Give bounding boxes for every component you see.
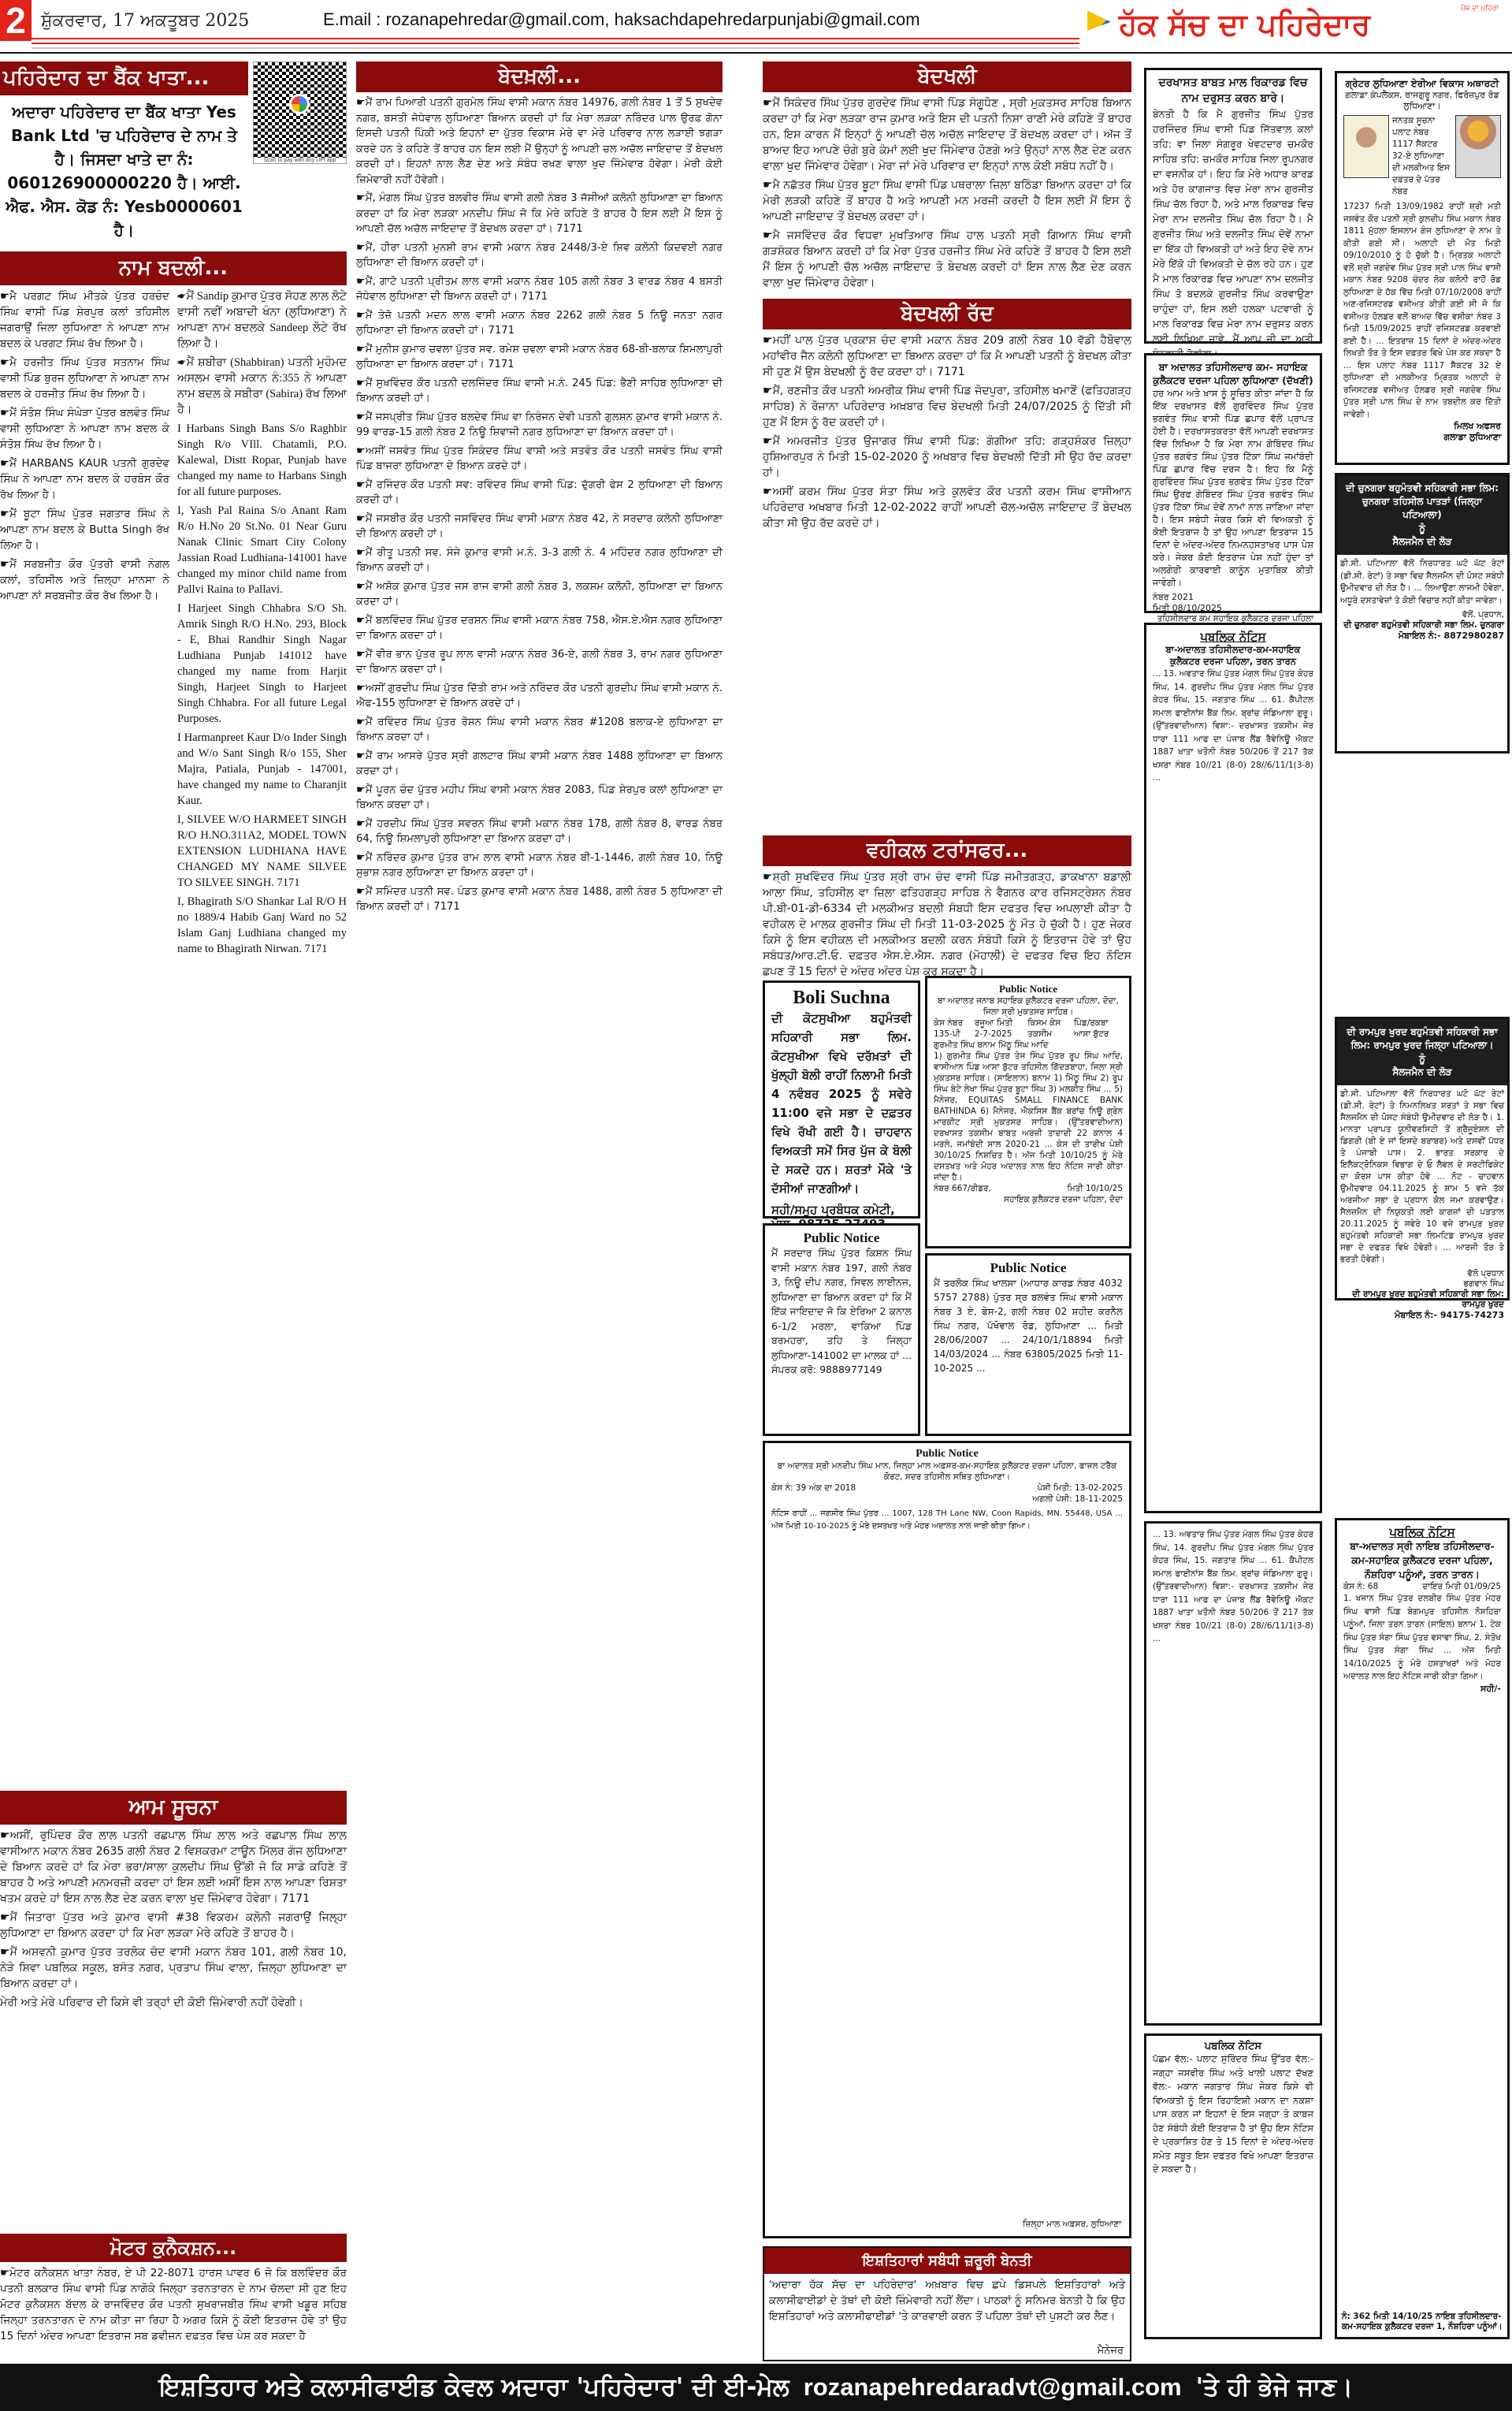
notice-number: ਨੰਬਰ 667/ਰੀਡਰ, — [934, 1183, 991, 1194]
table-cell: ਤਕਸੀਮ — [1027, 1029, 1074, 1040]
chungara-org: ਦੀ ਚੁਨਗਰਾ ਬਹੁਮੰਤਵੀ ਸਹਿਕਾਰੀ ਸਭਾ ਲਿਮ. ਚੁਨਗ… — [1337, 620, 1507, 631]
public-notice-body: ਮੈਂ ਸਰਦਾਰ ਸਿੰਘ ਪੁੱਤਰ ਕਿਸ਼ਨ ਸਿੰਘ ਵਾਸੀ ਮਕਾ… — [771, 1246, 912, 1378]
table-row: 135-ਪੀ 2-7-2025 ਤਕਸੀਮ ਆਸਾ ਬੁੱਟਰ — [934, 1029, 1123, 1040]
notice-item: ਮੈਂ ਪੂਰਨ ਚੰਦ ਪੁੱਤਰ ਮਹੀਪ ਸਿੰਘ ਵਾਸੀ ਮਕਾਨ ਨ… — [356, 783, 723, 813]
notice-item: ਮੈਂ ਮੁਨੀਸ਼ ਕੁਮਾਰ ਚਵਲਾ ਪੁੱਤਰ ਸਵ. ਰਮੇਸ਼ ਚਵ… — [356, 342, 723, 373]
footer-banner: ਇਸ਼ਤਿਹਾਰ ਅਤੇ ਕਲਾਸੀਫਾਈਡ ਕੇਵਲ ਅਦਾਰਾ 'ਪਹਿਰੇ… — [0, 2364, 1512, 2411]
notice-date: ਮਿਤੀ 08/10/2025 — [1153, 603, 1313, 614]
public-notice-title: ਪਬਲਿਕ ਨੋਟਿਸ — [1153, 630, 1313, 644]
chungara-phone[interactable]: ਮੋਬਾਇਲ ਨੰ:- 8872980287 — [1337, 631, 1507, 642]
public-notice-sardar-ad: Public Notice ਮੈਂ ਸਰਦਾਰ ਸਿੰਘ ਪੁੱਤਰ ਕਿਸ਼ਨ… — [763, 1223, 920, 1436]
masthead-rule — [32, 43, 1079, 44]
notice-item: ਮੈਂ ਸ਼ਬੀਰਾ (Shabbiran) ਪਤਨੀ ਮੁਹੰਮਦ ਅਸਲਮ … — [177, 355, 347, 418]
section-vehicle-transfer: ਵਹੀਕਲ ਟਰਾਂਸਫਰ... — [763, 835, 1131, 866]
rampur-by: ਵੱਲੋ ਪ੍ਰਧਾਨ — [1337, 1269, 1507, 1279]
masthead-rule — [32, 38, 1079, 39]
notice-item: ਮੈਂ ਅਮਰਜੀਤ ਪੁੱਤਰ ਉਜਾਗਰ ਸਿੰਘ ਵਾਸੀ ਪਿੰਡ: ਗ… — [763, 433, 1131, 481]
logo-text: ਹੱਕ ਸੱਚ ਦਾ ਪਹਿਰੇਦਾਰ — [1119, 7, 1370, 43]
advert-disclaimer-block: ਇਸ਼ਤਿਹਾਰਾਂ ਸਬੰਧੀ ਜ਼ਰੂਰੀ ਬੇਨਤੀ 'ਅਦਾਰਾ ਹੱਕ… — [763, 2246, 1131, 2361]
notice-item: I Harbans Singh Bans S/o Raghbir Singh R… — [177, 421, 347, 500]
notice-item: ਅਸੀਂ, ਰੁਪਿੰਦਰ ਕੌਰ ਲਾਲ ਪਤਨੀ ਰਛਪਾਲ ਸਿੰਘ ਲਾ… — [0, 1828, 347, 1907]
glada-signature-1: ਮਿਲਖ ਅਫਸਰ — [1343, 421, 1501, 432]
notice-item: ਮੈਂ ਜਸਬੀਰ ਕੌਰ ਪਤਨੀ ਜਸਵਿੰਦਰ ਸਿੰਘ ਵਾਸੀ ਮਕਾ… — [356, 512, 723, 542]
masthead-email[interactable]: E.mail : rozanapehredar@gmail.com, haksa… — [323, 9, 920, 30]
issue-date: ਸ਼ੁੱਕਰਵਾਰ, 17 ਅਕਤੂਬਰ 2025 — [41, 11, 249, 31]
column-3: ਬੇਦਖਲੀ ਮੈਂ ਸਿਕੰਦਰ ਸਿੰਘ ਪੁੱਤਰ ਗੁਰਦੇਵ ਸਿੰਘ… — [763, 61, 1131, 534]
notice-item: ਮੈਂ ਰਾਮ ਆਸਰੇ ਪੁੱਤਰ ਸ੍ਰੀ ਗਲਟਾਰ ਸਿੰਘ ਵਾਸੀ … — [356, 749, 723, 779]
public-notice-body: ਨੋਟਿਸ ਰਾਹੀਂ ... ਜਗਸੀਰ ਸਿੰਘ ਪੁੱਤਰ ... 100… — [771, 1508, 1123, 1533]
public-notice-body: ਮੈਂ ਤਰਲੋਕ ਸਿੰਘ ਖਾਲਸਾ (ਆਧਾਰ ਕਾਰਡ ਨੰਬਰ 403… — [934, 1276, 1123, 1375]
filed-date: ਦਾਇਰ ਮਿਤੀ 01/09/25 — [1422, 1582, 1501, 1592]
application-body: ਬੇਨਤੀ ਹੈ ਕਿ ਮੈ ਗੁਰਜੀਤ ਸਿੰਘ ਪੁੱਤਰ ਹਰਜਿੰਦਰ… — [1153, 106, 1313, 361]
disinheritance-2-body: ਮੈਂ ਸਿਕੰਦਰ ਸਿੰਘ ਪੁੱਤਰ ਗੁਰਦੇਵ ਸਿੰਘ ਵਾਸੀ ਪ… — [763, 92, 1131, 291]
court-name: ਬਾ-ਅਦਾਲਤ ਸ੍ਰੀ ਨਾਇਬ ਤਹਿਸੀਲਦਾਰ-ਕਮ-ਸਹਾਇਕ ਕੁ… — [1343, 1539, 1501, 1582]
masthead-rule — [32, 47, 1079, 49]
notice-item: ਮੈਂ ਸਿਕੰਦਰ ਸਿੰਘ ਪੁੱਤਰ ਗੁਰਦੇਵ ਸਿੰਘ ਵਾਸੀ ਪ… — [763, 95, 1131, 174]
notice-signature: ਸਹਾਇਕ ਕੁਲੈਕਟਰ ਦਰਜਾ ਪਹਿਲਾ, ਦੋਦਾ — [934, 1194, 1123, 1205]
motor-connection-body: ਮੋਟਰ ਕਨੈਕਸ਼ਨ ਖਾਤਾ ਨੰਬਰ, ਏ ਪੀ 22-8071 ਹਾਰ… — [0, 2262, 347, 2344]
public-notice-pb-1: ਪਬਲਿਕ ਨੋਟਿਸ ਬਾ-ਅਦਾਲਤ ਤਹਿਸੀਲਦਾਰ-ਕਮ-ਸਹਾਇਕ … — [1144, 623, 1322, 1513]
public-notice-title: Public Notice — [934, 1260, 1123, 1276]
chungara-title: ਦੀ ਚੁਨਗਰਾ ਬਹੁਮੰਤਵੀ ਸਹਿਕਾਰੀ ਸਭਾ ਲਿਮ: ਚੁਨਗ… — [1343, 482, 1501, 522]
footer-email-link[interactable]: rozanapehredaradvt@gmail.com — [804, 2373, 1182, 2402]
notice-item: ਮੈਂ ਸਮਿੰਦਰ ਪਤਨੀ ਸਵ. ਪੰਡਤ ਕੁਮਾਰ ਵਾਸੀ ਮਕਾਨ… — [356, 884, 723, 915]
notice-item: ਮੈਂ ਹਰਦੀਪ ਸਿੰਘ ਪੁੱਤਰ ਸਵਰਨ ਸਿੰਘ ਵਾਸੀ ਮਕਾਨ… — [356, 817, 723, 847]
page-number: 2 — [0, 0, 32, 41]
case-parties: ਗੁਰਮੀਤ ਸਿੰਘ ਬਨਾਮ ਮਿੱਠੂ ਸਿੰਘ ਆਦਿ — [934, 1040, 1123, 1051]
section-name-change: ਨਾਮ ਬਦਲੀ... — [0, 251, 347, 285]
disinheritance-cancelled-body: ਮਹੀਂ ਪਾਲ ਪੁੱਤਰ ਪ੍ਰਕਾਸ਼ ਚੰਦ ਵਾਸੀ ਮਕਾਨ ਨੰਬ… — [763, 329, 1131, 531]
application-title: ਦਰਖਾਸਤ ਬਾਬਤ ਮਾਲ ਰਿਕਾਰਡ ਵਿਚ ਨਾਮ ਦਰੁਸਤ ਕਰਨ… — [1153, 75, 1313, 106]
public-notice-pb-3: ਪਬਲਿਕ ਨੋਟਿਸ ਪੱਛਮ ਵੱਲ:- ਪਲਾਟ ਸੁਰਿੰਦਰ ਸਿੰਘ… — [1144, 2033, 1322, 2339]
table-cell: 2-7-2025 — [975, 1029, 1027, 1040]
notice-item: ਮੈਂ, ਗਾਟੋ ਪਤਨੀ ਪ੍ਰੀਤਮ ਲਾਲ ਵਾਸੀ ਮਕਾਨ ਨੰਬਰ… — [356, 274, 723, 305]
public-notice-body: ... 13. ਅਵਤਾਰ ਸਿੰਘ ਪੁੱਤਰ ਮੰਗਲ ਸਿੰਘ ਪੁੱਤਰ… — [1153, 1528, 1313, 1646]
public-notice-long-ad: Public Notice ਬਾ ਅਦਾਲਤ ਸ੍ਰੀ ਮਨਦੀਪ ਸਿੰਘ ਮ… — [763, 1441, 1131, 2238]
chungara-to: ਨੂੰ — [1343, 522, 1501, 535]
notice-item: ਮੈਂ ਅਸ਼ੋਕ ਕੁਮਾਰ ਪੁੱਤਰ ਜਸ ਰਾਜ ਵਾਸੀ ਗਲੀ ਨੰ… — [356, 579, 723, 610]
footer-suffix: 'ਤੇ ਹੀ ਭੇਜੇ ਜਾਣ। — [1196, 2373, 1354, 2402]
notice-item: ਮੈਂ ਸੁਖਵਿੰਦਰ ਕੌਰ ਪਤਨੀ ਦਲਜਿੰਦਰ ਸਿੰਘ ਵਾਸੀ … — [356, 376, 723, 407]
header-divider — [0, 52, 1512, 54]
notice-item: ਮੈਂ, ਰਣਜੀਤ ਕੌਰ ਪਤਨੀ ਅਮਰੀਕ ਸਿੰਘ ਵਾਸੀ ਪਿੰਡ… — [763, 383, 1131, 430]
next-hearing-date: ਅਗਲੀ ਪੇਸ਼ੀ: 18-11-2025 — [771, 1494, 1123, 1505]
notice-item: ਮੈਂ ਸੰਤੋਸ਼ ਸਿੰਘ ਸੰਘੇੜਾ ਪੁੱਤਰ ਬਲਵੰਤ ਸਿੰਘ … — [0, 405, 169, 452]
table-cell: ਆਸਾ ਬੁੱਟਰ — [1074, 1029, 1123, 1040]
notice-signature: ਜ਼ਿਲ੍ਹਾ ਮਾਲ ਅਫ਼ਸਰ, ਲੁਧਿਆਣਾ — [1023, 2219, 1121, 2230]
notice-item: ਮਹੀਂ ਪਾਲ ਪੁੱਤਰ ਪ੍ਰਕਾਸ਼ ਚੰਦ ਵਾਸੀ ਮਕਾਨ ਨੰਬ… — [763, 333, 1131, 380]
public-notice-title: ਪਬਲਿਕ ਨੋਟਿਸ — [1343, 1525, 1501, 1539]
glada-body: 17237 ਮਿਤੀ 13/09/1982 ਰਾਹੀਂ ਸ਼੍ਰੀ ਮਤੀ ਜਸ… — [1343, 201, 1501, 421]
tehsildar-notice-body: ਹਰ ਆਮ ਅਤੇ ਖ਼ਾਸ ਨੂੰ ਸੂਚਿਤ ਕੀਤਾ ਜਾਂਦਾ ਹੈ ਕ… — [1153, 387, 1313, 589]
rampur-org: ਦੀ ਰਾਮਪੁਰ ਖੁਰਦ ਬਹੁਮੰਤਵੀ ਸਹਿਕਾਰੀ ਸਭਾ ਲਿਮ:… — [1337, 1289, 1507, 1310]
motor-connection-block: ਮੋਟਰ ਕੁਨੈਕਸ਼ਨ... ਮੋਟਰ ਕਨੈਕਸ਼ਨ ਖਾਤਾ ਨੰਬਰ,… — [0, 2234, 347, 2344]
glada-title: ਗ੍ਰੇਟਰ ਲੁਧਿਆਣਾ ਏਰੀਆ ਵਿਕਾਸ ਅਥਾਰਟੀ — [1343, 78, 1501, 90]
tehsildar-notice: ਬਾ ਅਦਾਲਤ ਤਹਿਸੀਲਦਾਰ ਕਮ- ਸਹਾਇਕ ਕੁਲੈਕਟਰ ਦਰਜ… — [1144, 353, 1322, 613]
boli-suchna-signature: ਸਹੀ/ਸਮੂਹ ਪ੍ਰਬੰਧਕ ਕਮੇਟੀ, — [771, 1203, 912, 1217]
notice-item: ਮੈਂ, ਹੀਰਾ ਪਤਨੀ ਮੁਨਸ਼ੀ ਰਾਮ ਵਾਸੀ ਮਕਾਨ ਨੰਬਰ… — [356, 240, 723, 271]
upi-qr-code[interactable]: Scan to pay with any UPI app — [253, 61, 347, 164]
notice-footer: ਨੰ: 362 ਮਿਤੀ 14/10/25 ਨਾਇਬ ਤਹਿਸੀਲਦਾਰ-ਕਮ-… — [1342, 2312, 1503, 2332]
notice-item: ਮੈਂ ਸਰਬਜੀਤ ਕੌਰ ਪੁੱਤਰੀ ਵਾਸੀ ਨੰਗਲ ਕਲਾਂ, ਤਹ… — [0, 556, 169, 604]
chungara-body: ਡੀ.ਸੀ. ਪਟਿਆਲਾ ਵੱਲੋਂ ਨਿਰਧਾਰਤ ਘਟੋ ਘੱਟ ਰੇਟਾ… — [1337, 555, 1507, 610]
notice-item: ਮੈਂ, ਮੰਗਲ ਸਿੰਘ ਪੁੱਤਰ ਬਲਵੀਰ ਸਿੰਘ ਵਾਸੀ ਗਲੀ… — [356, 191, 723, 237]
rampur-body: ਡੀ.ਸੀ. ਪਟਿਆਲਾ ਵੱਲੋਂ ਨਿਰਧਾਰਤ ਘਟੋ ਘੱਟ ਰੇਟਾ… — [1337, 1085, 1507, 1269]
public-notice-body: ... 13. ਅਵਤਾਰ ਸਿੰਘ ਪੁੱਤਰ ਮੰਗਲ ਸਿੰਘ ਪੁੱਤਰ… — [1153, 668, 1313, 785]
rampur-salesman-ad: ਦੀ ਰਾਮਪੁਰ ਖੁਰਦ ਬਹੁਮੰਤਵੀ ਸਹਿਕਾਰੀ ਸਭਾ ਲਿਮ:… — [1335, 1017, 1510, 1300]
notice-item: ਮੈਂ ਰੀਤੂ ਪਤਨੀ ਸਵ. ਸੰਜੇ ਕੁਮਾਰ ਵਾਸੀ ਮ.ਨੰ. … — [356, 545, 723, 576]
logo-tagline: ਪੰਥ ਦਾ ਪਹਿਰਾ — [1461, 5, 1499, 13]
name-change-left: ਮੈ ਪਰਗਟ ਸਿੰਘ ਮੀਤਕੇ ਪੁੱਤਰ ਹਰਚੰਦ ਸਿੰਘ ਵਾਸੀ… — [0, 288, 169, 960]
newspaper-logo: ਹੱਕ ਸੱਚ ਦਾ ਪਹਿਰੇਦਾਰ ਪੰਥ ਦਾ ਪਹਿਰਾ — [1087, 3, 1505, 47]
notice-item: ਮੈਂ ਅਸ਼ਵਨੀ ਕੁਮਾਰ ਪੁੱਤਰ ਤਰਲੋਕ ਚੰਦ ਵਾਸੀ ਮਕ… — [0, 1944, 347, 1992]
table-header: ਰਜੂਆ ਮਿਤੀ — [975, 1018, 1027, 1029]
name-correction-application: ਦਰਖਾਸਤ ਬਾਬਤ ਮਾਲ ਰਿਕਾਰਡ ਵਿਚ ਨਾਮ ਦਰੁਸਤ ਕਰਨ… — [1144, 68, 1322, 344]
public-notice-pb-1-continued: ... 13. ਅਵਤਾਰ ਸਿੰਘ ਪੁੱਤਰ ਮੰਗਲ ਸਿੰਘ ਪੁੱਤਰ… — [1144, 1521, 1322, 2026]
boli-suchna-body: ਦੀ ਕੋਟਸੁਖੀਆ ਬਹੁਮੰਤਵੀ ਸਹਿਕਾਰੀ ਸਭਾ ਲਿਮ. ਕੋ… — [771, 1009, 912, 1198]
bank-title: ਪਹਿਰੇਦਾਰ ਦਾ ਬੈਂਕ ਖਾਤਾ... — [0, 61, 248, 95]
notice-item: I, SILVEE W/O HARMEET SINGH R/O H.NO.311… — [177, 812, 347, 891]
bank-account-block: ਪਹਿਰੇਦਾਰ ਦਾ ਬੈਂਕ ਖਾਤਾ... ਅਦਾਰਾ ਪਹਿਰੇਦਾਰ … — [0, 61, 347, 247]
general-notice-body: ਅਸੀਂ, ਰੁਪਿੰਦਰ ਕੌਰ ਲਾਲ ਪਤਨੀ ਰਛਪਾਲ ਸਿੰਘ ਲਾ… — [0, 1825, 347, 2011]
notice-item: ਮੈਂ ਰਵਿੰਦਰ ਸਿੰਘ ਪੁੱਤਰ ਰੋਸ਼ਨ ਸਿੰਘ ਵਾਸੀ ਮਕ… — [356, 715, 723, 746]
notice-item: ਮੈਂ ਰਜਿੰਦਰ ਕੌਰ ਪਤਨੀ ਸਵ: ਰਵਿੰਦਰ ਸਿੰਘ ਵਾਸੀ… — [356, 478, 723, 508]
notice-signature: ਸਹੀ/- — [1343, 1684, 1501, 1695]
rampur-need: ਸੈਲਜਮੈਨ ਦੀ ਲੋੜ — [1343, 1066, 1501, 1079]
hearing-date: ਪੇਸ਼ੀ ਮਿਤੀ: 13-02-2025 — [1038, 1483, 1123, 1494]
table-cell: 135-ਪੀ — [934, 1029, 975, 1040]
boli-suchna-title: Boli Suchna — [771, 988, 912, 1009]
notice-date: ਮਿਤੀ 10/10/25 — [1067, 1183, 1123, 1194]
column-1: ਪਹਿਰੇਦਾਰ ਦਾ ਬੈਂਕ ਖਾਤਾ... ਅਦਾਰਾ ਪਹਿਰੇਦਾਰ … — [0, 61, 347, 960]
chungara-salesman-ad: ਦੀ ਚੁਨਗਰਾ ਬਹੁਮੰਤਵੀ ਸਹਿਕਾਰੀ ਸਭਾ ਲਿਮ: ਚੁਨਗ… — [1335, 473, 1510, 753]
section-disinheritance-cancelled: ਬੇਦਖਲੀ ਰੱਦ — [763, 299, 1131, 329]
rampur-title: ਦੀ ਰਾਮਪੁਰ ਖੁਰਦ ਬਹੁਮੰਤਵੀ ਸਹਿਕਾਰੀ ਸਭਾ ਲਿਮ:… — [1343, 1025, 1501, 1052]
gpay-icon — [289, 94, 310, 114]
public-notice-tarlok-ad: Public Notice ਮੈਂ ਤਰਲੋਕ ਸਿੰਘ ਖਾਲਸਾ (ਆਧਾਰ… — [925, 1253, 1131, 1436]
glada-notice: ਗ੍ਰੇਟਰ ਲੁਧਿਆਣਾ ਏਰੀਆ ਵਿਕਾਸ ਅਥਾਰਟੀ ਗਲਾਡਾ ਕ… — [1335, 71, 1510, 465]
bank-body: ਅਦਾਰਾ ਪਹਿਰੇਦਾਰ ਦਾ ਬੈਂਕ ਖਾਤਾ Yes Bank Ltd… — [0, 95, 248, 247]
glada-side-text: ਜਨਤਕ ਸੂਚਨਾ ਪਲਾਟ ਨੰਬਰ 1117 ਸੈਕਟਰ 32-ਏ ਲੁਧ… — [1392, 115, 1452, 198]
glada-signature-2: ਗਲਾਡਾ ਲੁਧਿਆਣਾ — [1343, 432, 1501, 443]
chungara-need: ਸੈਲਜਮੈਨ ਦੀ ਲੋੜ — [1343, 535, 1501, 549]
notice-item: ਮੈਂ HARBANS KAUR ਪਤਨੀ ਗੁਰਦੇਵ ਸਿੰਘ ਨੇ ਆਪਣ… — [0, 456, 169, 503]
public-notice-title: Public Notice — [771, 1230, 912, 1246]
rampur-to: ਨੂੰ — [1343, 1052, 1501, 1066]
public-notice-title: Public Notice — [934, 983, 1123, 995]
notice-item: I, Bhagirath S/O Shankar Lal R/O H no 18… — [177, 894, 347, 957]
notice-item: ਮੈਂ ਜਸਪ੍ਰੀਤ ਸਿੰਘ ਪੁੱਤਰ ਬਲਦੇਵ ਸਿੰਘ ਵਾ ਨਿਰ… — [356, 410, 723, 441]
photo-woman — [1343, 115, 1389, 178]
column-2: ਬੇਦਖ਼ਲੀ... ਮੈਂ ਰਾਮ ਪਿਆਰੀ ਪਤਨੀ ਗੁਰਮੇਲ ਸਿੰ… — [356, 61, 723, 918]
table-header: ਪਿੰਡ/ਰਕਬਾ — [1074, 1018, 1123, 1029]
chungara-by: ਵੱਲੋਂ. ਪ੍ਰਧਾਨ, — [1337, 610, 1507, 620]
public-notice-title: Public Notice — [771, 1448, 1123, 1460]
notice-item: I Harmanpreet Kaur D/o Inder Singh and W… — [177, 730, 347, 809]
case-number: ਕੇਸ ਨੰ: 39 ਅੰਕ ਦਾ 2018 — [771, 1483, 856, 1494]
disinheritance-body: ਮੈਂ ਰਾਮ ਪਿਆਰੀ ਪਤਨੀ ਗੁਰਮੇਲ ਸਿੰਘ ਵਾਸੀ ਮਕਾਨ… — [356, 92, 723, 915]
notice-item: ਮੈਂ ਰਾਮ ਪਿਆਰੀ ਪਤਨੀ ਗੁਰਮੇਲ ਸਿੰਘ ਵਾਸੀ ਮਕਾਨ… — [356, 95, 723, 188]
public-notice-title: ਪਬਲਿਕ ਨੋਟਿਸ — [1153, 2041, 1313, 2052]
general-notice-block: ਆਮ ਸੂਚਨਾ ਅਸੀਂ, ਰੁਪਿੰਦਰ ਕੌਰ ਲਾਲ ਪਤਨੀ ਰਛਪਾ… — [0, 1791, 347, 2014]
notice-item: ਮੈਂ ਬਲਵਿੰਦਰ ਸਿੰਘ ਪੁੱਤਰ ਦਰਸ਼ਨ ਸਿੰਘ ਵਾਸੀ ਮ… — [356, 613, 723, 644]
notice-item: ਮੈਂ ਵੀਰ ਭਾਨ ਪੁੱਤਰ ਰੂਪ ਲਾਲ ਵਾਸੀ ਮਕਾਨ ਨੰਬਰ… — [356, 647, 723, 678]
tehsildar-notice-title: ਬਾ ਅਦਾਲਤ ਤਹਿਸੀਲਦਾਰ ਕਮ- ਸਹਾਇਕ ਕੁਲੈਕਟਰ ਦਰਜ… — [1153, 360, 1313, 387]
rampur-phone[interactable]: ਮੋਬਾਇਲ ਨੰ:- 94175-74273 — [1337, 1310, 1507, 1321]
notice-item: ਮੈ ਨਛੱਤਰ ਸਿੰਘ ਪੁੱਤਰ ਬੂਟਾ ਸਿੰਘ ਵਾਸੀ ਪਿੰਡ … — [763, 177, 1131, 225]
notice-item: I Harjeet Singh Chhabra S/O Sh. Amrik Si… — [177, 601, 347, 727]
table-header: ਕੇਸ ਨੰਬਰ — [934, 1018, 975, 1029]
table-header: ਕਿਸਮ ਕੇਸ — [1027, 1018, 1074, 1029]
section-motor-connection: ਮੋਟਰ ਕੁਨੈਕਸ਼ਨ... — [0, 2234, 347, 2262]
notice-item: ਮੈ ਪਰਗਟ ਸਿੰਘ ਮੀਤਕੇ ਪੁੱਤਰ ਹਰਚੰਦ ਸਿੰਘ ਵਾਸੀ… — [0, 288, 169, 352]
notice-item: ਮੈਂ ਜਿਤਾਰਾ ਪੁੱਤਰ ਅਤੇ ਕੁਮਾਰ ਵਾਸੀ #38 ਵਿਕਰ… — [0, 1910, 347, 1941]
glada-subtitle: ਗਲਾਡਾ ਕੰਪਲੈਕਸ, ਰਾਜਗੁਰੂ ਨਗਰ, ਫਿਰੋਜ਼ਪੁਰ ਰੋ… — [1343, 90, 1501, 112]
public-notice-body: 1. ਖਜਾਨ ਸਿੰਘ ਪੁੱਤਰ ਦਲਬੀਰ ਸਿੰਘ ਪੁੱਤਰ ਮੇਹਰ… — [1343, 1592, 1501, 1684]
notice-number: ਨੰਬਰ 2021 — [1153, 592, 1194, 603]
public-notice-pb-2: ਪਬਲਿਕ ਨੋਟਿਸ ਬਾ-ਅਦਾਲਤ ਸ੍ਰੀ ਨਾਇਬ ਤਹਿਸੀਲਦਾਰ… — [1335, 1518, 1510, 2339]
section-general-notice: ਆਮ ਸੂਚਨਾ — [0, 1791, 347, 1825]
case-number: ਕੇਸ ਨੰ: 68 — [1343, 1582, 1378, 1592]
notice-item: ਮੈਂ ਬੂਟਾ ਸਿੰਘ ਪੁੱਤਰ ਜਗਤਾਰ ਸਿੰਘ ਨੇ ਆਪਣਾ ਨ… — [0, 506, 169, 553]
footer-text: ਇਸ਼ਤਿਹਾਰ ਅਤੇ ਕਲਾਸੀਫਾਈਡ ਕੇਵਲ ਅਦਾਰਾ 'ਪਹਿਰੇ… — [159, 2373, 789, 2402]
court-name: ਬਾ ਅਦਾਲਤ ਸ੍ਰੀ ਮਨਦੀਪ ਸਿੰਘ ਮਾਨ, ਜਿਲ੍ਹਾ ਮਾਲ… — [771, 1460, 1123, 1483]
notice-item: ਅਸੀਂ ਜਸਵੰਤ ਸਿੰਘ ਪੁੱਤਰ ਸਿਕੰਦਰ ਸਿੰਘ ਵਾਸੀ ਅ… — [356, 444, 723, 474]
notice-item: I, Yash Pal Raina S/o Anant Ram R/o H.No… — [177, 503, 347, 597]
section-disinheritance: ਬੇਦਖ਼ਲੀ... — [356, 61, 723, 92]
public-notice-court-ad: Public Notice ਬਾ ਅਦਾਲਤ ਜਨਾਬ ਸਹਾਇਕ ਕੁਲੈਕਟ… — [925, 976, 1131, 1248]
notice-item: ਮੈ ਹਰਜੀਤ ਸਿੰਘ ਪੁੱਤਰ ਸਤਨਾਮ ਸਿੰਘ ਵਾਸੀ ਪਿੰਡ… — [0, 355, 169, 402]
court-name: ਬਾ ਅਦਾਲਤ ਜਨਾਬ ਸਹਾਇਕ ਕੁਲੈਕਟਰ ਦਰਜਾ ਪਹਿਲਾ, … — [934, 995, 1123, 1018]
table-header-row: ਕੇਸ ਨੰਬਰ ਰਜੂਆ ਮਿਤੀ ਕਿਸਮ ਕੇਸ ਪਿੰਡ/ਰਕਬਾ — [934, 1018, 1123, 1029]
vehicle-transfer-block: ਵਹੀਕਲ ਟਰਾਂਸਫਰ... ਸ਼੍ਰੀ ਸੁਖਵਿੰਦਰ ਸਿੰਘ ਪੁੱ… — [763, 835, 1131, 980]
notice-item: ਮੇਰੀ ਅਤੇ ਮੇਰੇ ਪਰਿਵਾਰ ਦੀ ਕਿਸੇ ਵੀ ਤਰ੍ਹਾਂ ਦ… — [0, 1995, 347, 2011]
advert-disclaimer-signature: ਮੈਨੇਜਰ — [1098, 2345, 1124, 2357]
case-table: ਕੇਸ ਨੰਬਰ ਰਜੂਆ ਮਿਤੀ ਕਿਸਮ ਕੇਸ ਪਿੰਡ/ਰਕਬਾ 13… — [934, 1018, 1123, 1040]
name-change-right: ਮੈਂ Sandip ਕੁਮਾਰ ਪੁੱਤਰ ਸੋਹਣ ਲਾਲ ਲੋਟੇ ਵਾਸ… — [177, 288, 347, 960]
notice-item: ਮੈਂ Sandip ਕੁਮਾਰ ਪੁੱਤਰ ਸੋਹਣ ਲਾਲ ਲੋਟੇ ਵਾਸ… — [177, 288, 347, 352]
vehicle-transfer-body: ਸ਼੍ਰੀ ਸੁਖਵਿੰਦਰ ਸਿੰਘ ਪੁੱਤਰ ਸ਼੍ਰੀ ਰਾਮ ਚੰਦ … — [763, 866, 1131, 980]
advert-disclaimer-title: ਇਸ਼ਤਿਹਾਰਾਂ ਸਬੰਧੀ ਜ਼ਰੂਰੀ ਬੇਨਤੀ — [764, 2248, 1130, 2274]
notice-item: ਅਸੀਂ ਕਰਮ ਸਿੰਘ ਪੁੱਤਰ ਸੰਤਾ ਸਿੰਘ ਅਤੇ ਕੁਲਵੰਤ… — [763, 484, 1131, 531]
qr-caption: Scan to pay with any UPI app — [254, 158, 346, 163]
public-notice-body: 1) ਗੁਰਮੀਤ ਸਿੰਘ ਪੁੱਤਰ ਤੇਜ ਸਿੰਘ ਪੁੱਤਰ ਰੂਪ … — [934, 1051, 1123, 1183]
court-name: ਬਾ-ਅਦਾਲਤ ਤਹਿਸੀਲਦਾਰ-ਕਮ-ਸਹਾਇਕ ਕੁਲੈਕਟਰ ਦਰਜਾ… — [1153, 644, 1313, 668]
rampur-name: ਭਗਵਾਨ ਸਿੰਘ — [1337, 1279, 1507, 1289]
nishan-flag-icon — [1087, 11, 1111, 39]
boli-suchna-ad: Boli Suchna ਦੀ ਕੋਟਸੁਖੀਆ ਬਹੁਮੰਤਵੀ ਸਹਿਕਾਰੀ… — [763, 980, 920, 1219]
notice-item: ਮੈਂ ਤੇਜ਼ੋ ਪਤਨੀ ਮਦਨ ਲਾਲ ਵਾਸੀ ਮਕਾਨ ਨੰਬਰ 22… — [356, 308, 723, 339]
notice-item: ਮੈਂ ਨਰਿੰਦਰ ਕੁਮਾਰ ਪੁੱਤਰ ਰਾਮ ਲਾਲ ਵਾਸੀ ਮਕਾਨ… — [356, 850, 723, 881]
photo-man — [1455, 115, 1501, 178]
public-notice-body: ਪੱਛਮ ਵੱਲ:- ਪਲਾਟ ਸੁਰਿੰਦਰ ਸਿੰਘ ਉੱਤਰ ਵੱਲ:- … — [1153, 2052, 1313, 2177]
notice-item: ਅਸੀਂ ਗੁਰਦੀਪ ਸਿੰਘ ਪੁੱਤਰ ਦਿੱਤੀ ਰਾਮ ਅਤੇ ਨਰਿ… — [356, 681, 723, 712]
advert-disclaimer-body: 'ਅਦਾਰਾ ਹੱਕ ਸੱਚ ਦਾ ਪਹਿਰੇਦਾਰ' ਅਖ਼ਬਾਰ ਵਿਚ ਛ… — [764, 2274, 1130, 2327]
section-disinheritance-2: ਬੇਦਖਲੀ — [763, 61, 1131, 92]
notice-item: ਮੈ ਜਸਵਿੰਦਰ ਕੌਰ ਵਿਧਵਾ ਮੁਖਤਿਆਰ ਸਿੰਘ ਹਾਲ ਪਤ… — [763, 228, 1131, 291]
